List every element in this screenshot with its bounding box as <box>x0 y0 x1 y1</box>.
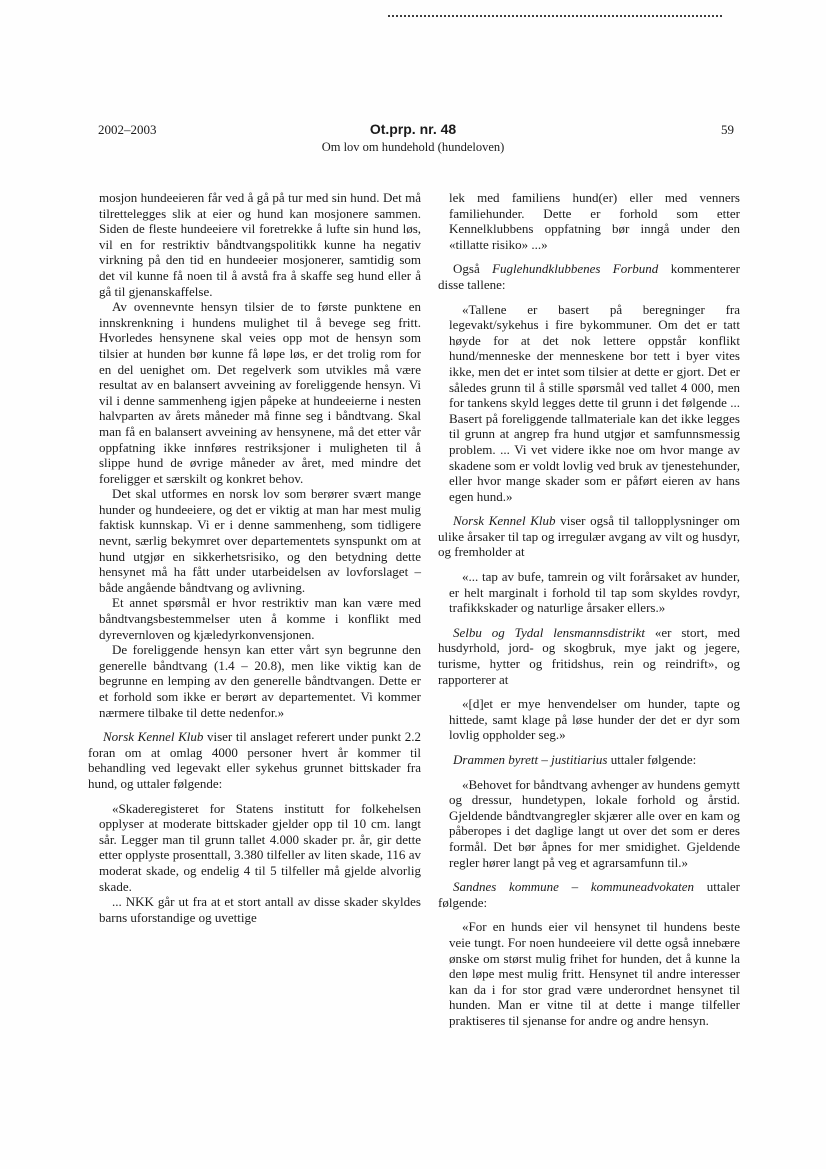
right-column: lek med familiens hund(er) eller med ven… <box>438 190 740 1029</box>
page-number: 59 <box>721 122 734 138</box>
submission-paragraph: Norsk Kennel Klub viser også til tallopp… <box>438 513 740 560</box>
quote-paragraph: «Skaderegisteret for Statens institutt f… <box>88 801 421 895</box>
page-header: 2002–2003 Ot.prp. nr. 48 59 Om lov om hu… <box>88 121 738 155</box>
submitter-name: Sandnes kommune – kommuneadvokaten <box>453 879 694 894</box>
left-column: mosjon hundeeieren får ved å gå på tur m… <box>88 190 421 1029</box>
submission-paragraph: Sandnes kommune – kommuneadvokaten uttal… <box>438 879 740 910</box>
session-year: 2002–2003 <box>98 122 157 138</box>
submitter-name: Drammen byrett – justitiarius <box>453 752 607 767</box>
quote-paragraph: «Behovet for båndtvang avhenger av hunde… <box>438 777 740 871</box>
quote-paragraph: «... tap av bufe, tamrein og vilt forårs… <box>438 569 740 616</box>
quote-continuation-paragraph: lek med familiens hund(er) eller med ven… <box>438 190 740 252</box>
document-title: Ot.prp. nr. 48 <box>370 121 456 137</box>
two-column-text: mosjon hundeeieren får ved å gå på tur m… <box>88 190 740 1029</box>
scan-artifact-dotted-line <box>388 15 722 17</box>
quote-paragraph: «Tallene er basert på beregninger fra le… <box>438 302 740 505</box>
quote-paragraph: De foreliggende hensyn kan etter vårt sy… <box>88 642 421 720</box>
submission-paragraph: Selbu og Tydal lensmannsdistrikt «er sto… <box>438 625 740 687</box>
document-page: 2002–2003 Ot.prp. nr. 48 59 Om lov om hu… <box>0 0 826 1169</box>
submission-paragraph: Drammen byrett – justitiarius uttaler fø… <box>438 752 740 768</box>
quote-paragraph: Av ovennevnte hensyn tilsier de to først… <box>88 299 421 486</box>
submission-paragraph: Norsk Kennel Klub viser til anslaget ref… <box>88 729 421 791</box>
quote-paragraph: «[d]et er mye henvendelser om hunder, ta… <box>438 696 740 743</box>
submitter-name: Selbu og Tydal lensmannsdistrikt <box>453 625 645 640</box>
document-subtitle: Om lov om hundehold (hundeloven) <box>88 140 738 155</box>
quote-continuation-paragraph: mosjon hundeeieren får ved å gå på tur m… <box>88 190 421 299</box>
submitter-name: Norsk Kennel Klub <box>103 729 203 744</box>
quote-paragraph: Et annet spørsmål er hvor restriktiv man… <box>88 595 421 642</box>
quote-paragraph: ... NKK går ut fra at et stort antall av… <box>88 894 421 925</box>
quote-paragraph: Det skal utformes en norsk lov som berør… <box>88 486 421 595</box>
quote-paragraph: «For en hunds eier vil hensynet til hund… <box>438 919 740 1028</box>
submitter-name: Norsk Kennel Klub <box>453 513 556 528</box>
submission-paragraph: Også Fuglehundklubbenes Forbund kommente… <box>438 261 740 292</box>
submitter-name: Fuglehundklubbenes Forbund <box>492 261 658 276</box>
